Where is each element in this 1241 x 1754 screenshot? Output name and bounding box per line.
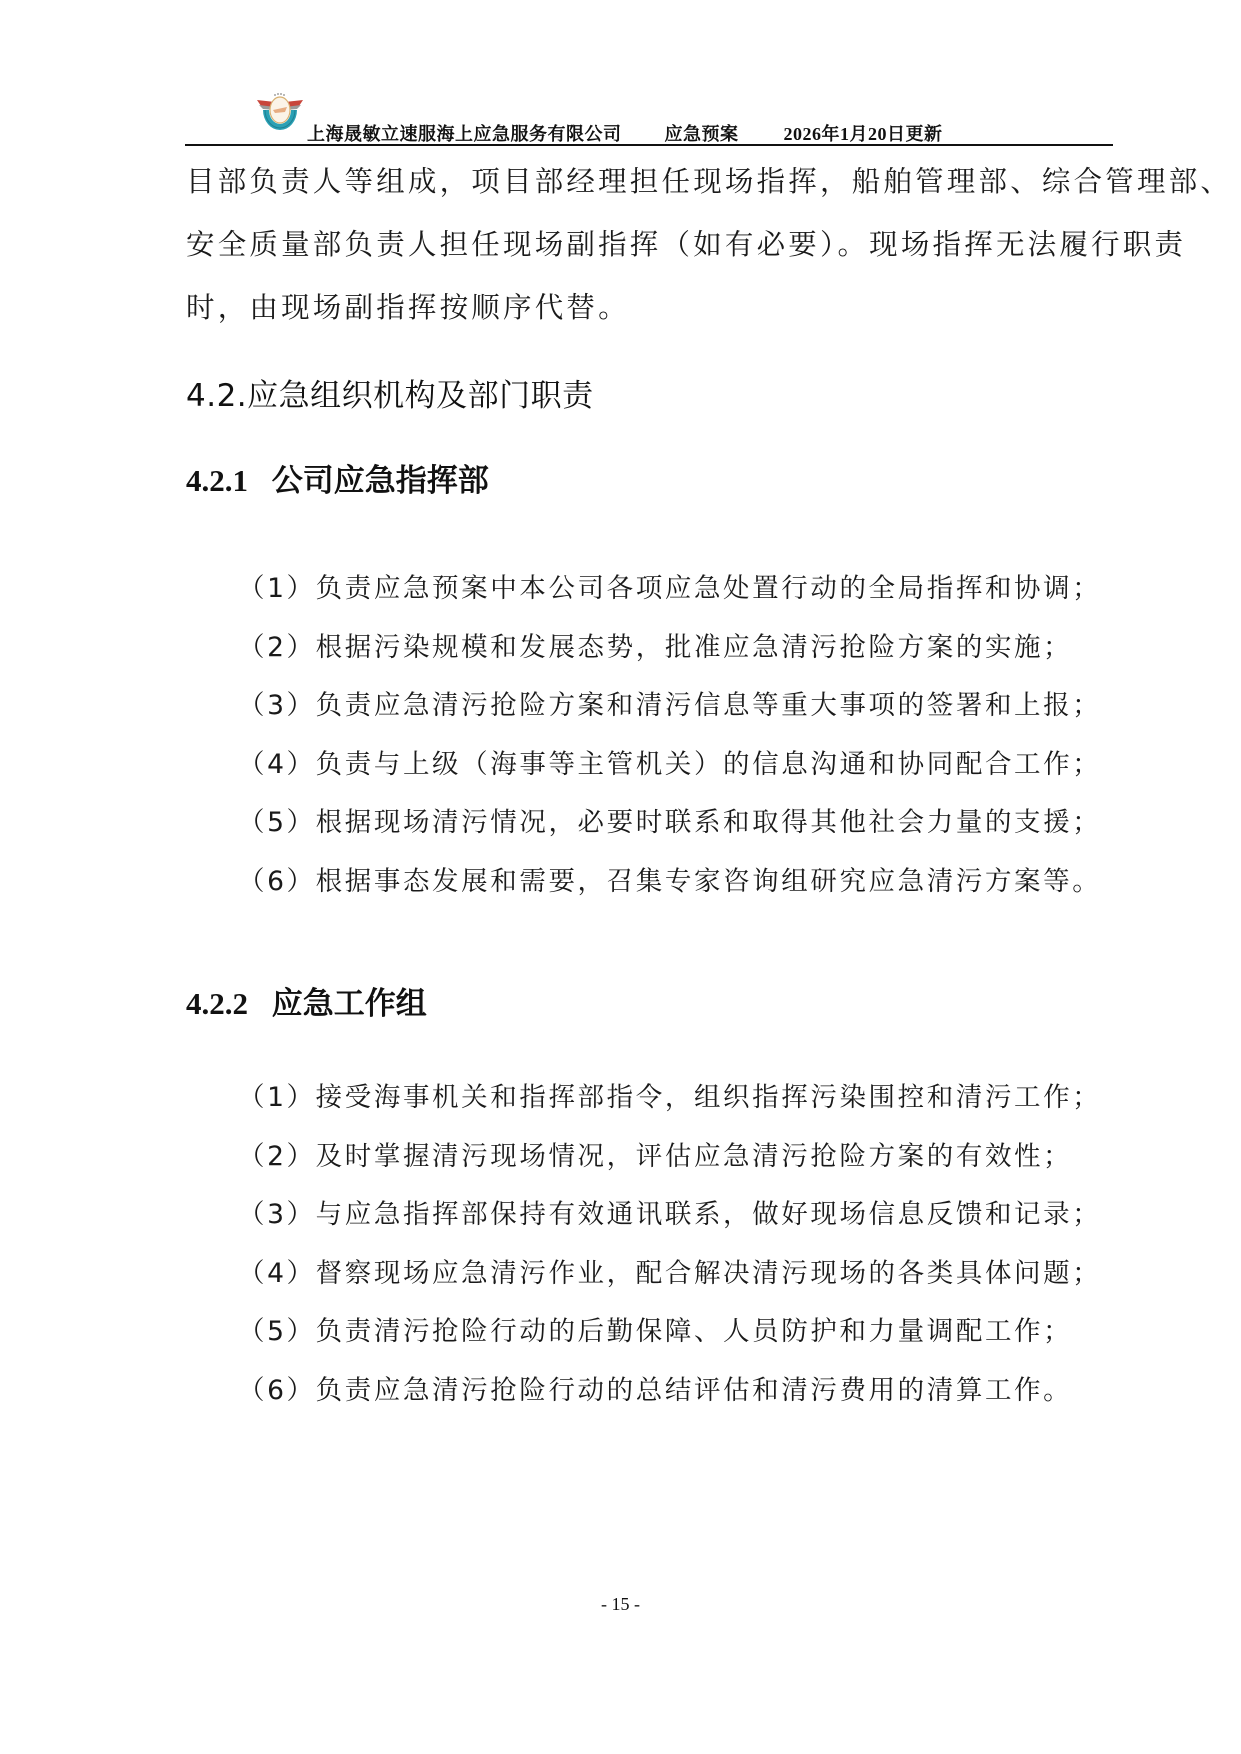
intro-paragraph: 目部负责人等组成，项目部经理担任现场指挥，船舶管理部、综合管理部、 安全质量部负…	[186, 150, 1116, 339]
list-item: （4）督察现场应急清污作业，配合解决清污现场的各类具体问题；	[238, 1245, 1118, 1304]
section-heading: 4.2.应急组织机构及部门职责	[186, 370, 594, 415]
paragraph-line: 安全质量部负责人担任现场副指挥（如有必要）。现场指挥无法履行职责	[186, 213, 1116, 276]
list-item: （6）根据事态发展和需要，召集专家咨询组研究应急清污方案等。	[238, 853, 1118, 912]
list-item: （6）负责应急清污抢险行动的总结评估和清污费用的清算工作。	[238, 1362, 1118, 1421]
header-document-title: 应急预案	[665, 120, 739, 146]
list-item: （2）根据污染规模和发展态势，批准应急清污抢险方案的实施；	[238, 619, 1118, 678]
list-item: （1）负责应急预案中本公司各项应急处置行动的全局指挥和协调；	[238, 560, 1118, 619]
header-updated-date: 2026年1月20日更新	[784, 120, 943, 146]
paragraph-line: 时，由现场副指挥按顺序代替。	[186, 276, 1116, 339]
list-item: （3）与应急指挥部保持有效通讯联系，做好现场信息反馈和记录；	[238, 1186, 1118, 1245]
header-company-name: 上海晟敏立速服海上应急服务有限公司	[307, 120, 622, 146]
company-emblem-icon	[255, 88, 305, 142]
page-header: 上海晟敏立速服海上应急服务有限公司 应急预案 2026年1月20日更新	[185, 86, 1113, 146]
list-item: （5）负责清污抢险行动的后勤保障、人员防护和力量调配工作；	[238, 1303, 1118, 1362]
subsection-heading-4-2-2: 4.2.2 应急工作组	[186, 978, 427, 1023]
paragraph-line: 目部负责人等组成，项目部经理担任现场指挥，船舶管理部、综合管理部、	[186, 150, 1116, 213]
list-item: （1）接受海事机关和指挥部指令，组织指挥污染围控和清污工作；	[238, 1069, 1118, 1128]
subsection-heading-4-2-1: 4.2.1 公司应急指挥部	[186, 455, 489, 500]
list-item: （5）根据现场清污情况，必要时联系和取得其他社会力量的支援；	[238, 794, 1118, 853]
subsection-title: 公司应急指挥部	[272, 463, 489, 498]
header-divider	[185, 144, 1113, 146]
document-page: 上海晟敏立速服海上应急服务有限公司 应急预案 2026年1月20日更新 目部负责…	[0, 0, 1241, 1754]
subsection-number: 4.2.1	[186, 463, 248, 498]
subsection-number: 4.2.2	[186, 986, 248, 1021]
list-item: （3）负责应急清污抢险方案和清污信息等重大事项的签署和上报；	[238, 677, 1118, 736]
header-text: 上海晟敏立速服海上应急服务有限公司 应急预案 2026年1月20日更新	[307, 120, 943, 146]
list-item: （2）及时掌握清污现场情况，评估应急清污抢险方案的有效性；	[238, 1128, 1118, 1187]
list-item: （4）负责与上级（海事等主管机关）的信息沟通和协同配合工作；	[238, 736, 1118, 795]
working-group-duties-list: （1）接受海事机关和指挥部指令，组织指挥污染围控和清污工作； （2）及时掌握清污…	[238, 1069, 1118, 1420]
subsection-title: 应急工作组	[272, 986, 427, 1021]
command-duties-list: （1）负责应急预案中本公司各项应急处置行动的全局指挥和协调； （2）根据污染规模…	[238, 560, 1118, 911]
page-number: - 15 -	[0, 1594, 1241, 1615]
